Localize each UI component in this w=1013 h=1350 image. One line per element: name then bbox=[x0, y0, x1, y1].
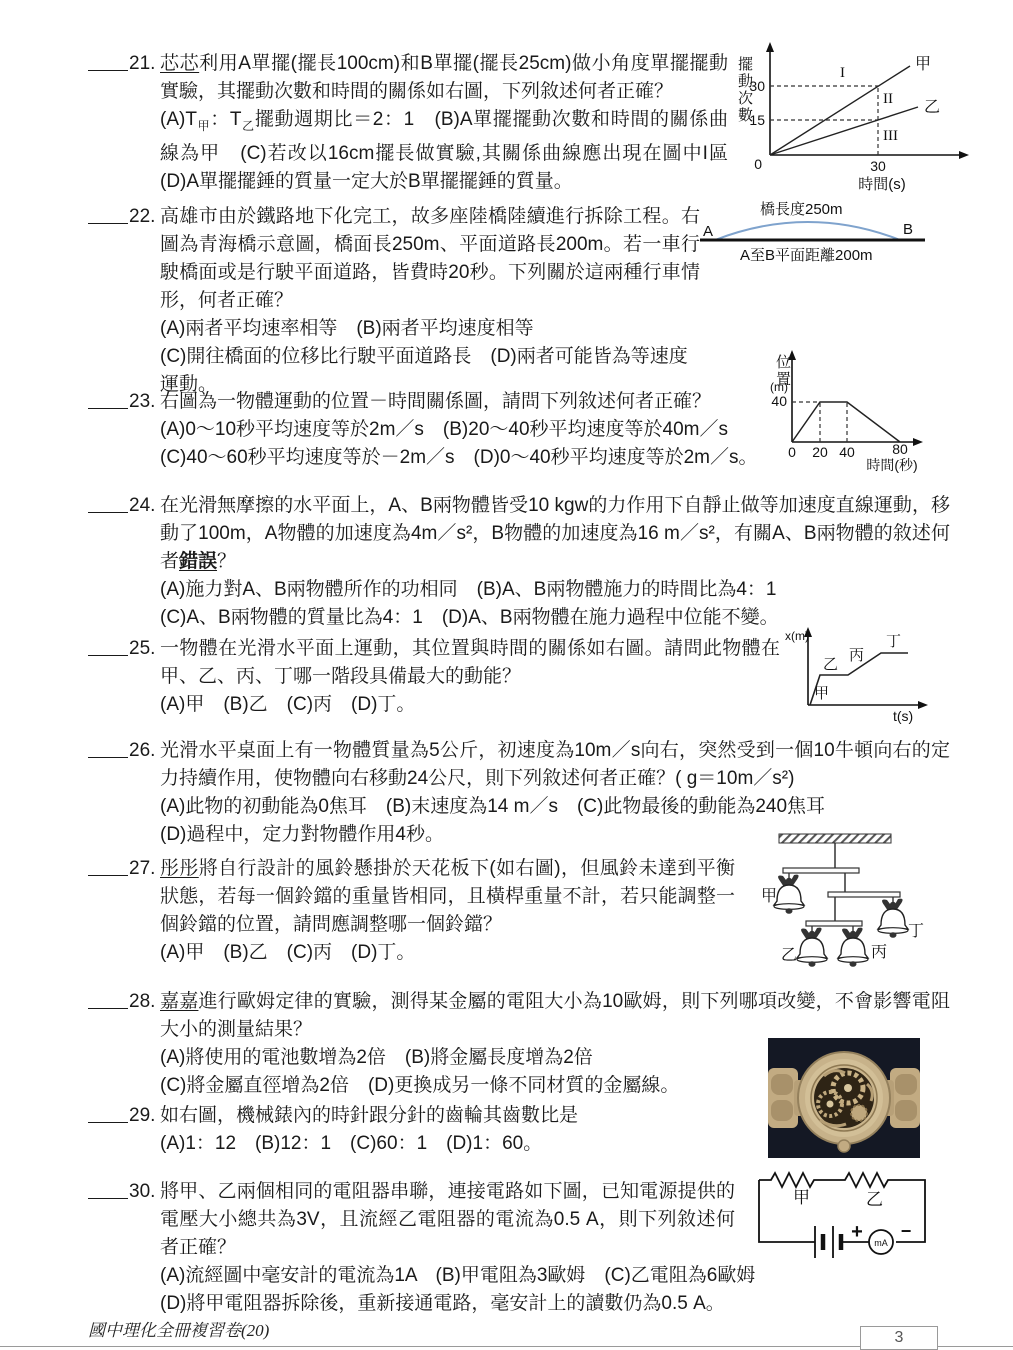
resistor-label-jia: 甲 bbox=[793, 1188, 810, 1207]
question-options: (A)甲 (B)乙 (C)丙 (D)丁。 bbox=[160, 939, 735, 967]
question-number: 28. bbox=[129, 991, 155, 1012]
answer-blank bbox=[88, 860, 128, 876]
exam-page: 21. 芯芯利用A單擺(擺長100cm)和B單擺(擺長25cm)做小角度單擺擺動… bbox=[0, 0, 1013, 1350]
question-21: 21. 芯芯利用A單擺(擺長100cm)和B單擺(擺長25cm)做小角度單擺擺動… bbox=[88, 50, 728, 196]
question-text: 嘉嘉進行歐姆定律的實驗，測得某金屬的電阻大小為10歐姆，則下列哪項改變，不會影響… bbox=[160, 988, 950, 1044]
label-bing: 丙 bbox=[871, 943, 887, 961]
question-number: 23. bbox=[129, 391, 155, 412]
series-label-jia: 甲 bbox=[915, 55, 931, 73]
question-text: 芯芯利用A單擺(擺長100cm)和B單擺(擺長25cm)做小角度單擺擺動實驗，其… bbox=[160, 50, 728, 106]
question-29-marker: 29. bbox=[88, 1102, 155, 1130]
question-options: (A)T甲：T乙擺動週期比＝2：1 (B)A單擺擺動次數和時間的關係曲線為甲 (… bbox=[160, 106, 728, 196]
question-22-marker: 22. bbox=[88, 203, 155, 231]
ceiling bbox=[779, 834, 891, 843]
series-label-yi: 乙 bbox=[924, 99, 940, 116]
question-options: (A)兩者平均速率相等 (B)兩者平均速度相等 bbox=[160, 315, 700, 343]
q22-figure-bridge: 橋長度250m A B A至B平面距離200m bbox=[700, 198, 935, 268]
q25-figure-graph: x(m) 甲 乙 丙 丁 t(s) bbox=[783, 626, 1013, 726]
question-options: (A)此物的初動能為0焦耳 (B)末速度為14 m／s (C)此物最後的動能為2… bbox=[160, 793, 950, 821]
question-21-marker: 21. bbox=[88, 50, 155, 78]
bell-jia bbox=[774, 875, 804, 914]
student-name: 彤彤 bbox=[160, 858, 199, 879]
question-23: 23. 右圖為一物體運動的位置－時間關係圖，請問下列敘述何者正確？ (A)0～1… bbox=[88, 388, 772, 472]
question-number: 27. bbox=[129, 858, 155, 879]
segment-jia: 甲 bbox=[814, 685, 829, 702]
answer-blank bbox=[88, 640, 128, 656]
meter-label: mA bbox=[874, 1238, 888, 1248]
question-options: (A)甲 (B)乙 (C)丙 (D)丁。 bbox=[160, 691, 780, 719]
bell-ding bbox=[878, 899, 908, 938]
bridge-arc bbox=[715, 222, 900, 240]
footer-title: 國中理化全冊複習卷(20) bbox=[88, 1316, 269, 1341]
x-axis-label: 時間(秒) bbox=[866, 457, 917, 473]
answer-blank bbox=[88, 993, 128, 1009]
question-text: 光滑水平桌面上有一物體質量為5公斤，初速度為10m／s向右，突然受到一個10牛頓… bbox=[160, 737, 950, 793]
answer-blank bbox=[88, 208, 128, 224]
question-22: 22. 高雄市由於鐵路地下化完工，故多座陸橋陸續進行拆除工程。右圖為青海橋示意圖… bbox=[88, 203, 700, 399]
q29-figure-watch-photo bbox=[768, 1038, 920, 1158]
question-text: 在光滑無摩擦的水平面上，A、B兩物體皆受10 kgw的力作用下自靜止做等加速度直… bbox=[160, 492, 950, 576]
question-options: (A)施力對A、B兩物體所作的功相同 (B)A、B兩物體施力的時間比為4：1 bbox=[160, 576, 950, 604]
q27-figure-windchime: 甲 丁 乙 丙 bbox=[755, 826, 937, 974]
watch-crown bbox=[838, 1140, 850, 1152]
region-2: II bbox=[883, 91, 893, 107]
x-tick-40: 40 bbox=[839, 444, 855, 460]
question-options: (A)0～10秒平均速度等於2m／s (B)20～40秒平均速度等於40m／s bbox=[160, 416, 772, 444]
emphasized-word: 錯誤 bbox=[179, 551, 217, 572]
rod-2 bbox=[828, 892, 900, 897]
question-28-marker: 28. bbox=[88, 988, 155, 1016]
answer-blank bbox=[88, 393, 128, 409]
question-number: 26. bbox=[129, 740, 155, 761]
question-25: 25. 一物體在光滑水平面上運動，其位置與時間的關係如右圖。請問此物體在甲、乙、… bbox=[88, 635, 780, 719]
position-time-line bbox=[792, 402, 900, 442]
answer-blank bbox=[88, 742, 128, 758]
y-axis-label: x(m) bbox=[785, 629, 809, 643]
bell-yi bbox=[797, 928, 827, 967]
answer-blank bbox=[88, 55, 128, 71]
question-25-marker: 25. bbox=[88, 635, 155, 663]
answer-blank bbox=[88, 497, 128, 513]
segment-bing: 丙 bbox=[849, 647, 864, 664]
x-tick-20: 20 bbox=[812, 444, 828, 460]
question-text: 將甲、乙兩個相同的電阻器串聯，連接電路如下圖，已知電源提供的電壓大小總共為3V，… bbox=[160, 1178, 735, 1262]
rod-1 bbox=[783, 868, 859, 873]
q30-figure-circuit: mA + − 甲 乙 bbox=[753, 1170, 935, 1270]
question-number: 29. bbox=[129, 1105, 155, 1126]
q21-figure-graph: 擺動次數 30 15 0 30 時間(s) 甲 乙 I II III bbox=[722, 40, 1013, 198]
y-axis-label: 擺動次數 bbox=[734, 56, 755, 124]
question-options: (D)將甲電阻器拆除後，重新接通電路，毫安計上的讀數仍為0.5 A。 bbox=[160, 1290, 950, 1318]
segment-yi: 乙 bbox=[823, 656, 838, 673]
label-yi: 乙 bbox=[781, 947, 797, 964]
x-tick-0: 0 bbox=[788, 444, 796, 460]
question-text: 彤彤將自行設計的風鈴懸掛於天花板下(如右圖)，但風鈴未達到平衡狀態，若每一個鈴鐺… bbox=[160, 855, 735, 939]
y-axis-unit: (m) bbox=[770, 380, 788, 394]
subscript: 甲 bbox=[197, 119, 210, 133]
question-options: (C)40～60秒平均速度等於－2m／s (D)0～40秒平均速度等於2m／s。 bbox=[160, 444, 772, 472]
student-name: 嘉嘉 bbox=[160, 991, 198, 1012]
question-text: 右圖為一物體運動的位置－時間關係圖，請問下列敘述何者正確？ bbox=[160, 388, 772, 416]
question-24-marker: 24. bbox=[88, 492, 155, 520]
region-1: I bbox=[840, 65, 845, 81]
answer-blank bbox=[88, 1107, 128, 1123]
origin-label: 0 bbox=[754, 156, 762, 172]
student-name: 芯芯 bbox=[160, 53, 199, 74]
bell-bing bbox=[838, 928, 868, 967]
question-number: 25. bbox=[129, 638, 155, 659]
question-text: 高雄市由於鐵路地下化完工，故多座陸橋陸續進行拆除工程。右圖為青海橋示意圖，橋面長… bbox=[160, 203, 700, 315]
question-27: 27. 彤彤將自行設計的風鈴懸掛於天花板下(如右圖)，但風鈴未達到平衡狀態，若每… bbox=[88, 855, 735, 967]
label-jia: 甲 bbox=[761, 887, 777, 905]
question-30-marker: 30. bbox=[88, 1178, 155, 1206]
question-options: (A)1：12 (B)12：1 (C)60：1 (D)1：60。 bbox=[160, 1130, 780, 1158]
segment-ding: 丁 bbox=[886, 633, 901, 650]
point-a-label: A bbox=[703, 223, 713, 240]
y-tick-40: 40 bbox=[771, 393, 787, 409]
point-b-label: B bbox=[903, 221, 913, 238]
question-23-marker: 23. bbox=[88, 388, 155, 416]
gear-small bbox=[851, 1105, 867, 1121]
rod-3 bbox=[806, 921, 862, 926]
question-number: 21. bbox=[129, 53, 155, 74]
question-27-marker: 27. bbox=[88, 855, 155, 883]
answer-blank bbox=[88, 1183, 128, 1199]
ground-distance-label: A至B平面距離200m bbox=[740, 244, 873, 265]
q23-figure-graph: 位置 (m) 40 0 20 40 80 時間(秒) bbox=[768, 346, 1013, 480]
x-tick-80: 80 bbox=[892, 441, 908, 457]
region-3: III bbox=[883, 128, 898, 144]
question-29: 29. 如右圖，機械錶內的時針跟分針的齒輪其齒數比是 (A)1：12 (B)12… bbox=[88, 1102, 780, 1158]
x-tick-30: 30 bbox=[870, 158, 886, 174]
label-ding: 丁 bbox=[908, 922, 924, 940]
x-axis-label: 時間(s) bbox=[858, 176, 906, 193]
question-24: 24. 在光滑無摩擦的水平面上，A、B兩物體皆受10 kgw的力作用下自靜止做等… bbox=[88, 492, 950, 632]
subscript: 乙 bbox=[242, 119, 255, 133]
x-axis-label: t(s) bbox=[893, 708, 913, 724]
question-number: 22. bbox=[129, 206, 155, 227]
question-number: 24. bbox=[129, 495, 155, 516]
question-number: 30. bbox=[129, 1181, 155, 1202]
resistor-label-yi: 乙 bbox=[866, 1190, 883, 1209]
question-text: 如右圖，機械錶內的時針跟分針的齒輪其齒數比是 bbox=[160, 1102, 780, 1130]
question-26-marker: 26. bbox=[88, 737, 155, 765]
page-number: 3 bbox=[860, 1326, 938, 1350]
question-text: 一物體在光滑水平面上運動，其位置與時間的關係如右圖。請問此物體在甲、乙、丙、丁哪… bbox=[160, 635, 780, 691]
minus-sign: − bbox=[901, 1221, 912, 1241]
plus-sign: + bbox=[851, 1221, 863, 1243]
